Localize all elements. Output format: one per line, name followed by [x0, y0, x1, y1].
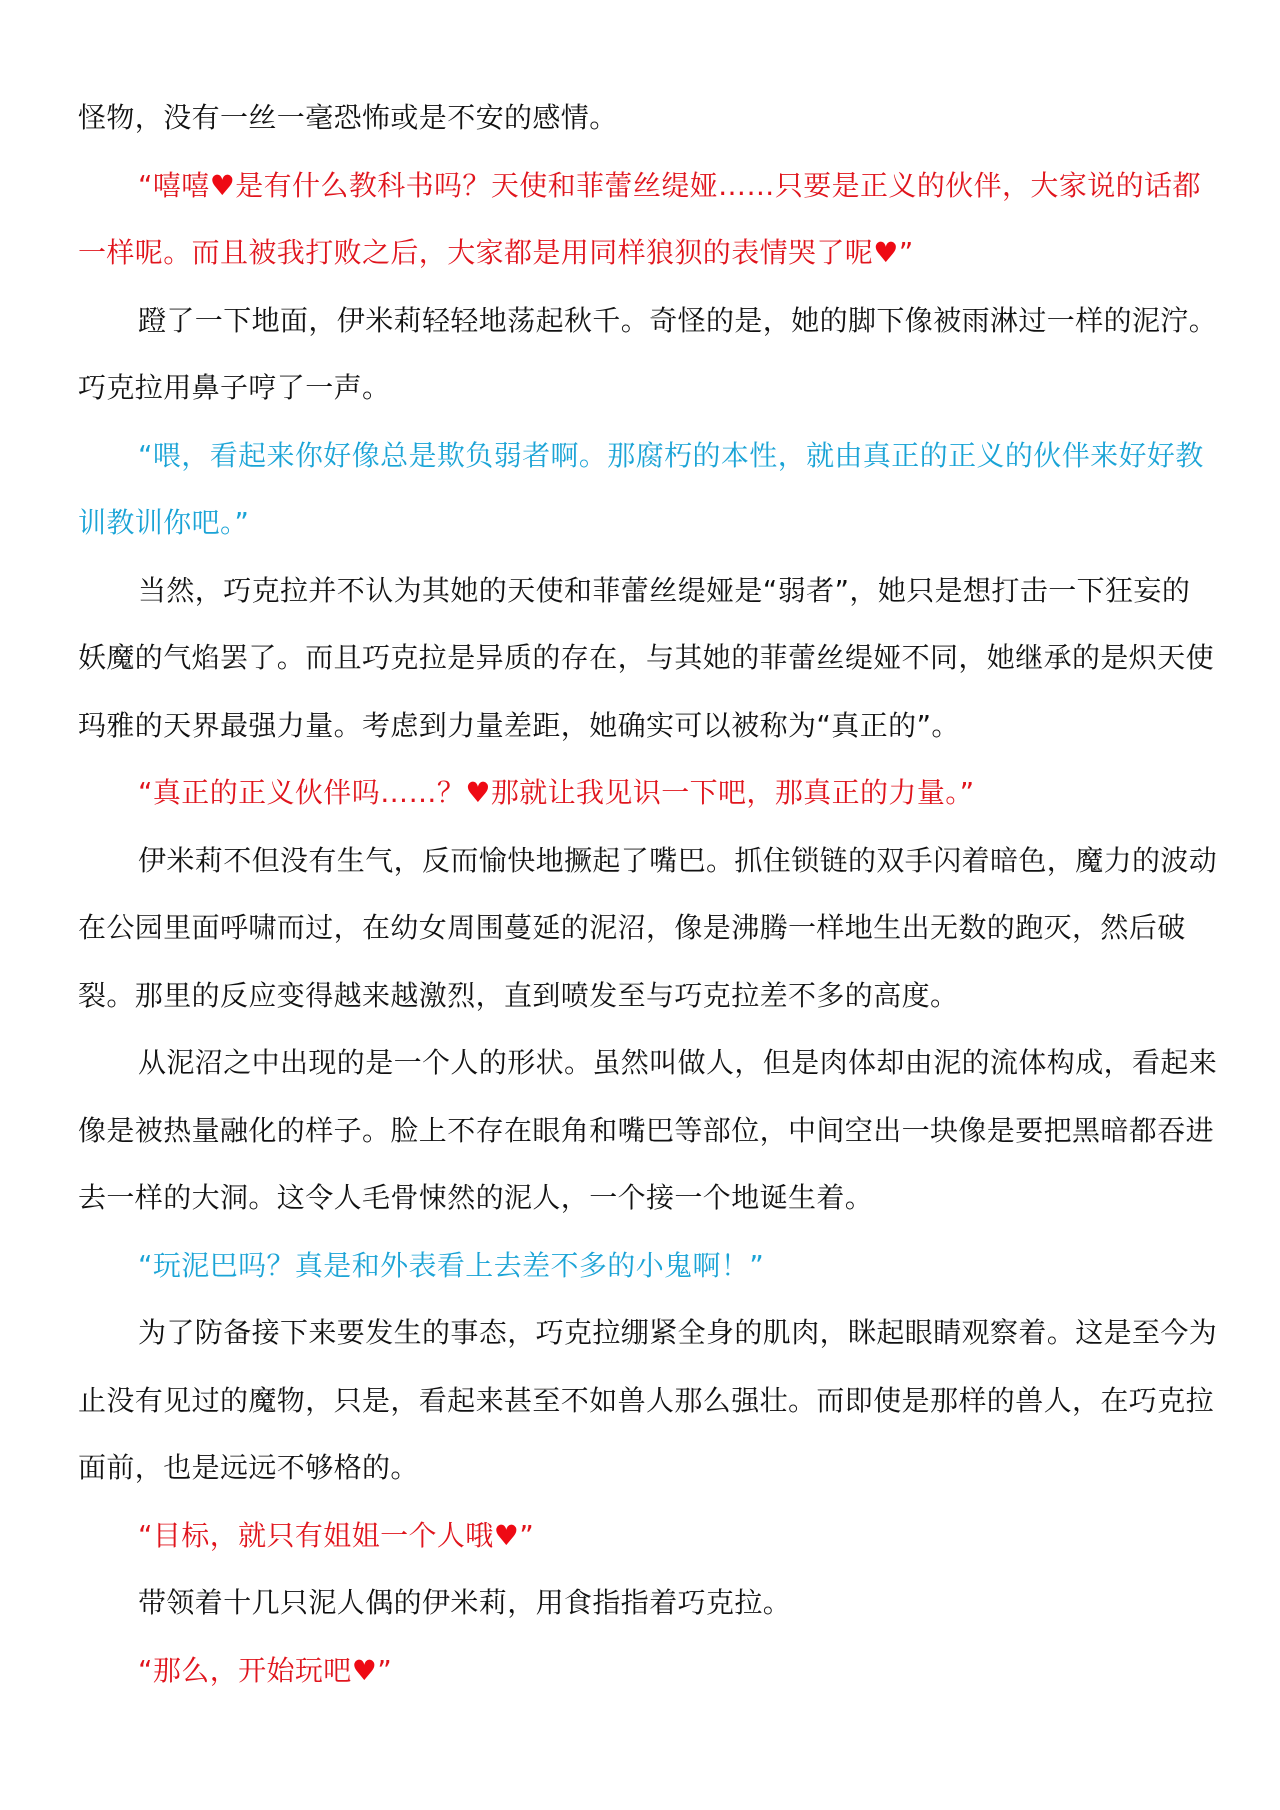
paragraph-narration-3: 当然，巧克拉并不认为其她的天使和菲蕾丝缇娅是“弱者”，她只是想打击一下狂妄的妖魔… — [78, 557, 1218, 760]
paragraph-narration-7: 带领着十几只泥人偶的伊米莉，用食指指着巧克拉。 — [78, 1569, 1218, 1637]
heart-icon: ♥ — [352, 1654, 378, 1687]
paragraph-narration-2: 蹬了一下地面，伊米莉轻轻地荡起秋千。奇怪的是，她的脚下像被雨淋过一样的泥泞。巧克… — [78, 287, 1218, 422]
heart-icon: ♥ — [465, 776, 491, 809]
paragraph-dialogue-chocola-1: “喂，看起来你好像总是欺负弱者啊。那腐朽的本性，就由真正的正义的伙伴来好好教训教… — [78, 422, 1218, 557]
paragraph-dialogue-imili-4: “那么，开始玩吧♥” — [78, 1637, 1218, 1705]
paragraph-narration-4: 伊米莉不但没有生气，反而愉快地撅起了嘴巴。抓住锁链的双手闪着暗色，魔力的波动在公… — [78, 827, 1218, 1030]
paragraph-narration-1: 怪物，没有一丝一毫恐怖或是不安的感情。 — [78, 84, 1218, 152]
paragraph-dialogue-chocola-2: “玩泥巴吗？真是和外表看上去差不多的小鬼啊！” — [78, 1232, 1218, 1300]
heart-icon: ♥ — [873, 236, 899, 269]
paragraph-narration-5: 从泥沼之中出现的是一个人的形状。虽然叫做人，但是肉体却由泥的流体构成，看起来像是… — [78, 1029, 1218, 1232]
paragraph-narration-6: 为了防备接下来要发生的事态，巧克拉绷紧全身的肌肉，眯起眼睛观察着。这是至今为止没… — [78, 1299, 1218, 1502]
paragraph-dialogue-imili-2: “真正的正义伙伴吗……？♥那就让我见识一下吧，那真正的力量。” — [78, 759, 1218, 827]
document-page: 怪物，没有一丝一毫恐怖或是不安的感情。 “嘻嘻♥是有什么教科书吗？天使和菲蕾丝缇… — [78, 84, 1218, 1704]
paragraph-dialogue-imili-3: “目标，就只有姐姐一个人哦♥” — [78, 1502, 1218, 1570]
paragraph-dialogue-imili-1: “嘻嘻♥是有什么教科书吗？天使和菲蕾丝缇娅……只要是正义的伙伴，大家说的话都一样… — [78, 152, 1218, 287]
heart-icon: ♥ — [494, 1519, 520, 1552]
heart-icon: ♥ — [210, 169, 236, 202]
